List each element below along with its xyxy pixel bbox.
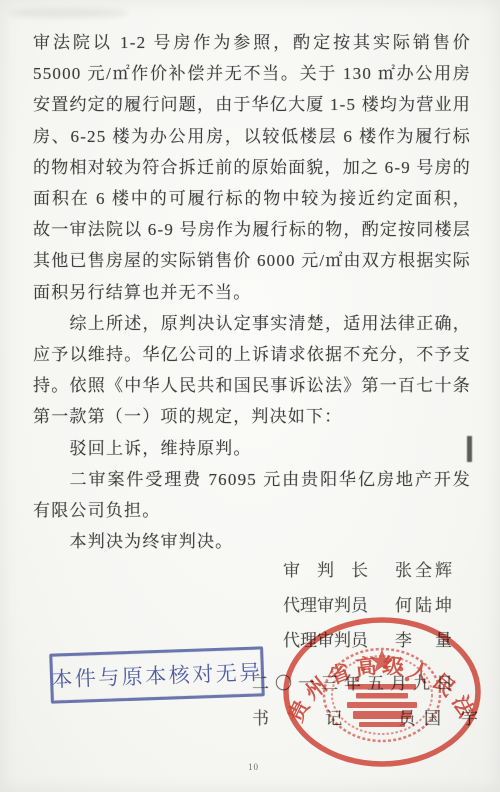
paragraph-fees: 二审案件受理费 76095 元由贵阳华亿房地产开发有限公司负担。	[33, 464, 471, 526]
court-seal-text: 贵州省高级人民法院	[279, 613, 480, 726]
judge-role-label: 审 判 长	[283, 556, 371, 581]
scanned-judgment-page: 审法院以 1-2 号房作为参照，酌定按其实际销售价 55000 元/㎡作价补偿并…	[0, 0, 500, 792]
paragraph: 审法院以 1-2 号房作为参照，酌定按其实际销售价 55000 元/㎡作价补偿并…	[33, 27, 471, 308]
judgment-body-text: 审法院以 1-2 号房作为参照，酌定按其实际销售价 55000 元/㎡作价补偿并…	[33, 27, 471, 557]
paragraph-final: 本判决为终审判决。	[33, 526, 471, 557]
page-number: 10	[248, 762, 259, 772]
paragraph: 综上所述，原判决认定事实清楚，适用法律正确，应予以维持。华亿公司的上诉请求依据不…	[33, 308, 471, 433]
signature-row-presiding-judge: 审 判 长张全辉	[283, 556, 455, 581]
scan-smudge	[8, 8, 128, 18]
scan-artifact-bar	[467, 436, 472, 462]
verification-stamp-text: 本件与原本核对无异	[51, 656, 263, 693]
svg-text:贵州省高级人民法院: 贵州省高级人民法院	[279, 613, 480, 726]
verification-stamp: 本件与原本核对无异	[49, 646, 265, 703]
judge-name: 张全辉	[395, 556, 455, 581]
paragraph-ruling: 驳回上诉，维持原判。	[33, 433, 471, 464]
court-seal: 贵州省高级人民法院	[279, 613, 485, 771]
